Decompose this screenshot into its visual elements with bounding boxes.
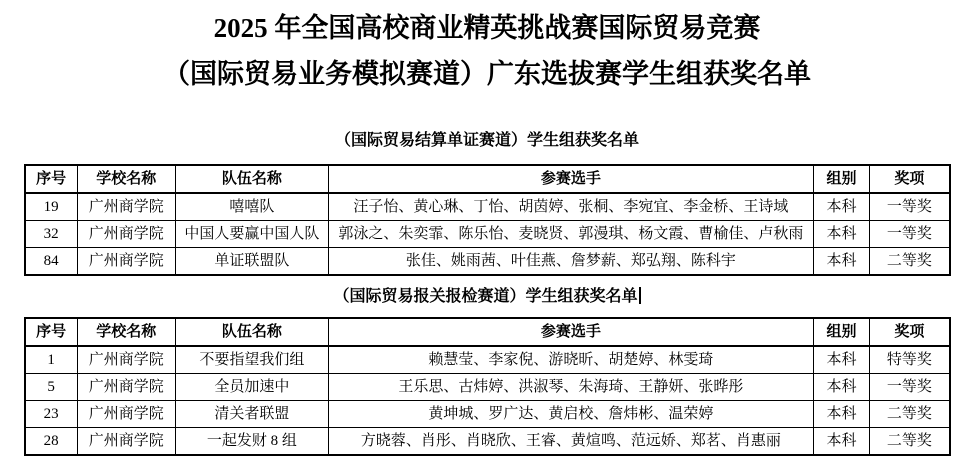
table-cell: 广州商学院 xyxy=(77,428,175,456)
table-cell: 一等奖 xyxy=(870,221,950,248)
table-cell: 嘻嘻队 xyxy=(175,193,328,221)
table-header-cell: 学校名称 xyxy=(77,165,175,193)
table-header-cell: 组别 xyxy=(813,165,870,193)
table-cell: 28 xyxy=(25,428,78,456)
table-cell: 不要指望我们组 xyxy=(175,346,328,374)
table-header-cell: 序号 xyxy=(25,318,78,346)
awards-table-customs-track: 序号学校名称队伍名称参赛选手组别奖项1广州商学院不要指望我们组赖慧莹、李家倪、游… xyxy=(24,317,951,456)
table-header-cell: 参赛选手 xyxy=(329,165,814,193)
table-cell: 郭泳之、朱奕霏、陈乐怡、麦晓贤、郭漫琪、杨文霞、曹榆佳、卢秋雨 xyxy=(329,221,814,248)
table-cell: 23 xyxy=(25,401,78,428)
table-cell: 二等奖 xyxy=(870,428,950,456)
table-cell: 一等奖 xyxy=(870,193,950,221)
table-cell: 广州商学院 xyxy=(77,401,175,428)
table-cell: 本科 xyxy=(813,193,870,221)
section-title-text: （国际贸易报关报检赛道）学生组获奖名单 xyxy=(333,288,637,305)
table-cell: 本科 xyxy=(813,221,870,248)
table-cell: 汪子怡、黄心琳、丁怡、胡茵婷、张桐、李宛宜、李金桥、王诗域 xyxy=(329,193,814,221)
table-cell: 19 xyxy=(25,193,78,221)
table-cell: 单证联盟队 xyxy=(175,248,328,276)
table-header-cell: 奖项 xyxy=(870,318,950,346)
table-cell: 32 xyxy=(25,221,78,248)
table-cell: 本科 xyxy=(813,401,870,428)
table-header-cell: 参赛选手 xyxy=(329,318,814,346)
table-cell: 二等奖 xyxy=(870,401,950,428)
table-cell: 二等奖 xyxy=(870,248,950,276)
table-cell: 王乐思、古炜婷、洪淑琴、朱海琦、王静妍、张晔彤 xyxy=(329,374,814,401)
table-header-row: 序号学校名称队伍名称参赛选手组别奖项 xyxy=(25,318,950,346)
text-cursor xyxy=(639,287,641,304)
table-header-cell: 队伍名称 xyxy=(175,318,328,346)
table-cell: 84 xyxy=(25,248,78,276)
document-title: 2025 年全国高校商业精英挑战赛国际贸易竞赛 （国际贸易业务模拟赛道）广东选拔… xyxy=(0,0,974,89)
section-title-customs-track: （国际贸易报关报检赛道）学生组获奖名单 xyxy=(0,276,974,317)
table-cell: 张佳、姚雨茜、叶佳燕、詹梦薪、郑弘翔、陈科宇 xyxy=(329,248,814,276)
table-cell: 全员加速中 xyxy=(175,374,328,401)
table-cell: 黄坤城、罗广达、黄启校、詹炜彬、温荣婷 xyxy=(329,401,814,428)
table-cell: 本科 xyxy=(813,346,870,374)
table-header-cell: 队伍名称 xyxy=(175,165,328,193)
awards-table-settlement-track: 序号学校名称队伍名称参赛选手组别奖项19广州商学院嘻嘻队汪子怡、黄心琳、丁怡、胡… xyxy=(24,164,951,276)
table-cell: 中国人要赢中国人队 xyxy=(175,221,328,248)
table-row: 19广州商学院嘻嘻队汪子怡、黄心琳、丁怡、胡茵婷、张桐、李宛宜、李金桥、王诗域本… xyxy=(25,193,950,221)
table-row: 5广州商学院全员加速中王乐思、古炜婷、洪淑琴、朱海琦、王静妍、张晔彤本科一等奖 xyxy=(25,374,950,401)
table-cell: 广州商学院 xyxy=(77,193,175,221)
table-cell: 本科 xyxy=(813,248,870,276)
table-cell: 广州商学院 xyxy=(77,374,175,401)
table-cell: 清关者联盟 xyxy=(175,401,328,428)
document-title-line-1: 2025 年全国高校商业精英挑战赛国际贸易竞赛 xyxy=(0,0,974,43)
table-cell: 一等奖 xyxy=(870,374,950,401)
document-title-line-2: （国际贸易业务模拟赛道）广东选拔赛学生组获奖名单 xyxy=(0,43,974,89)
table-header-cell: 序号 xyxy=(25,165,78,193)
section-title-text: （国际贸易结算单证赛道）学生组获奖名单 xyxy=(335,132,639,149)
section-title-settlement-track: （国际贸易结算单证赛道）学生组获奖名单 xyxy=(0,89,974,164)
table-cell: 广州商学院 xyxy=(77,221,175,248)
table-cell: 方晓蓉、肖彤、肖晓欣、王睿、黄煊鸣、范远娇、郑茗、肖惠丽 xyxy=(329,428,814,456)
table-cell: 一起发财 8 组 xyxy=(175,428,328,456)
table-row: 32广州商学院中国人要赢中国人队郭泳之、朱奕霏、陈乐怡、麦晓贤、郭漫琪、杨文霞、… xyxy=(25,221,950,248)
table-cell: 5 xyxy=(25,374,78,401)
table-cell: 本科 xyxy=(813,428,870,456)
table-cell: 特等奖 xyxy=(870,346,950,374)
table-header-cell: 奖项 xyxy=(870,165,950,193)
table-header-cell: 组别 xyxy=(813,318,870,346)
table-row: 28广州商学院一起发财 8 组方晓蓉、肖彤、肖晓欣、王睿、黄煊鸣、范远娇、郑茗、… xyxy=(25,428,950,456)
table-header-cell: 学校名称 xyxy=(77,318,175,346)
table-row: 84广州商学院单证联盟队张佳、姚雨茜、叶佳燕、詹梦薪、郑弘翔、陈科宇本科二等奖 xyxy=(25,248,950,276)
table-header-row: 序号学校名称队伍名称参赛选手组别奖项 xyxy=(25,165,950,193)
table-cell: 本科 xyxy=(813,374,870,401)
table-cell: 1 xyxy=(25,346,78,374)
table-row: 23广州商学院清关者联盟黄坤城、罗广达、黄启校、詹炜彬、温荣婷本科二等奖 xyxy=(25,401,950,428)
table-cell: 广州商学院 xyxy=(77,248,175,276)
table-cell: 广州商学院 xyxy=(77,346,175,374)
table-row: 1广州商学院不要指望我们组赖慧莹、李家倪、游晓昕、胡楚婷、林雯琦本科特等奖 xyxy=(25,346,950,374)
table-cell: 赖慧莹、李家倪、游晓昕、胡楚婷、林雯琦 xyxy=(329,346,814,374)
